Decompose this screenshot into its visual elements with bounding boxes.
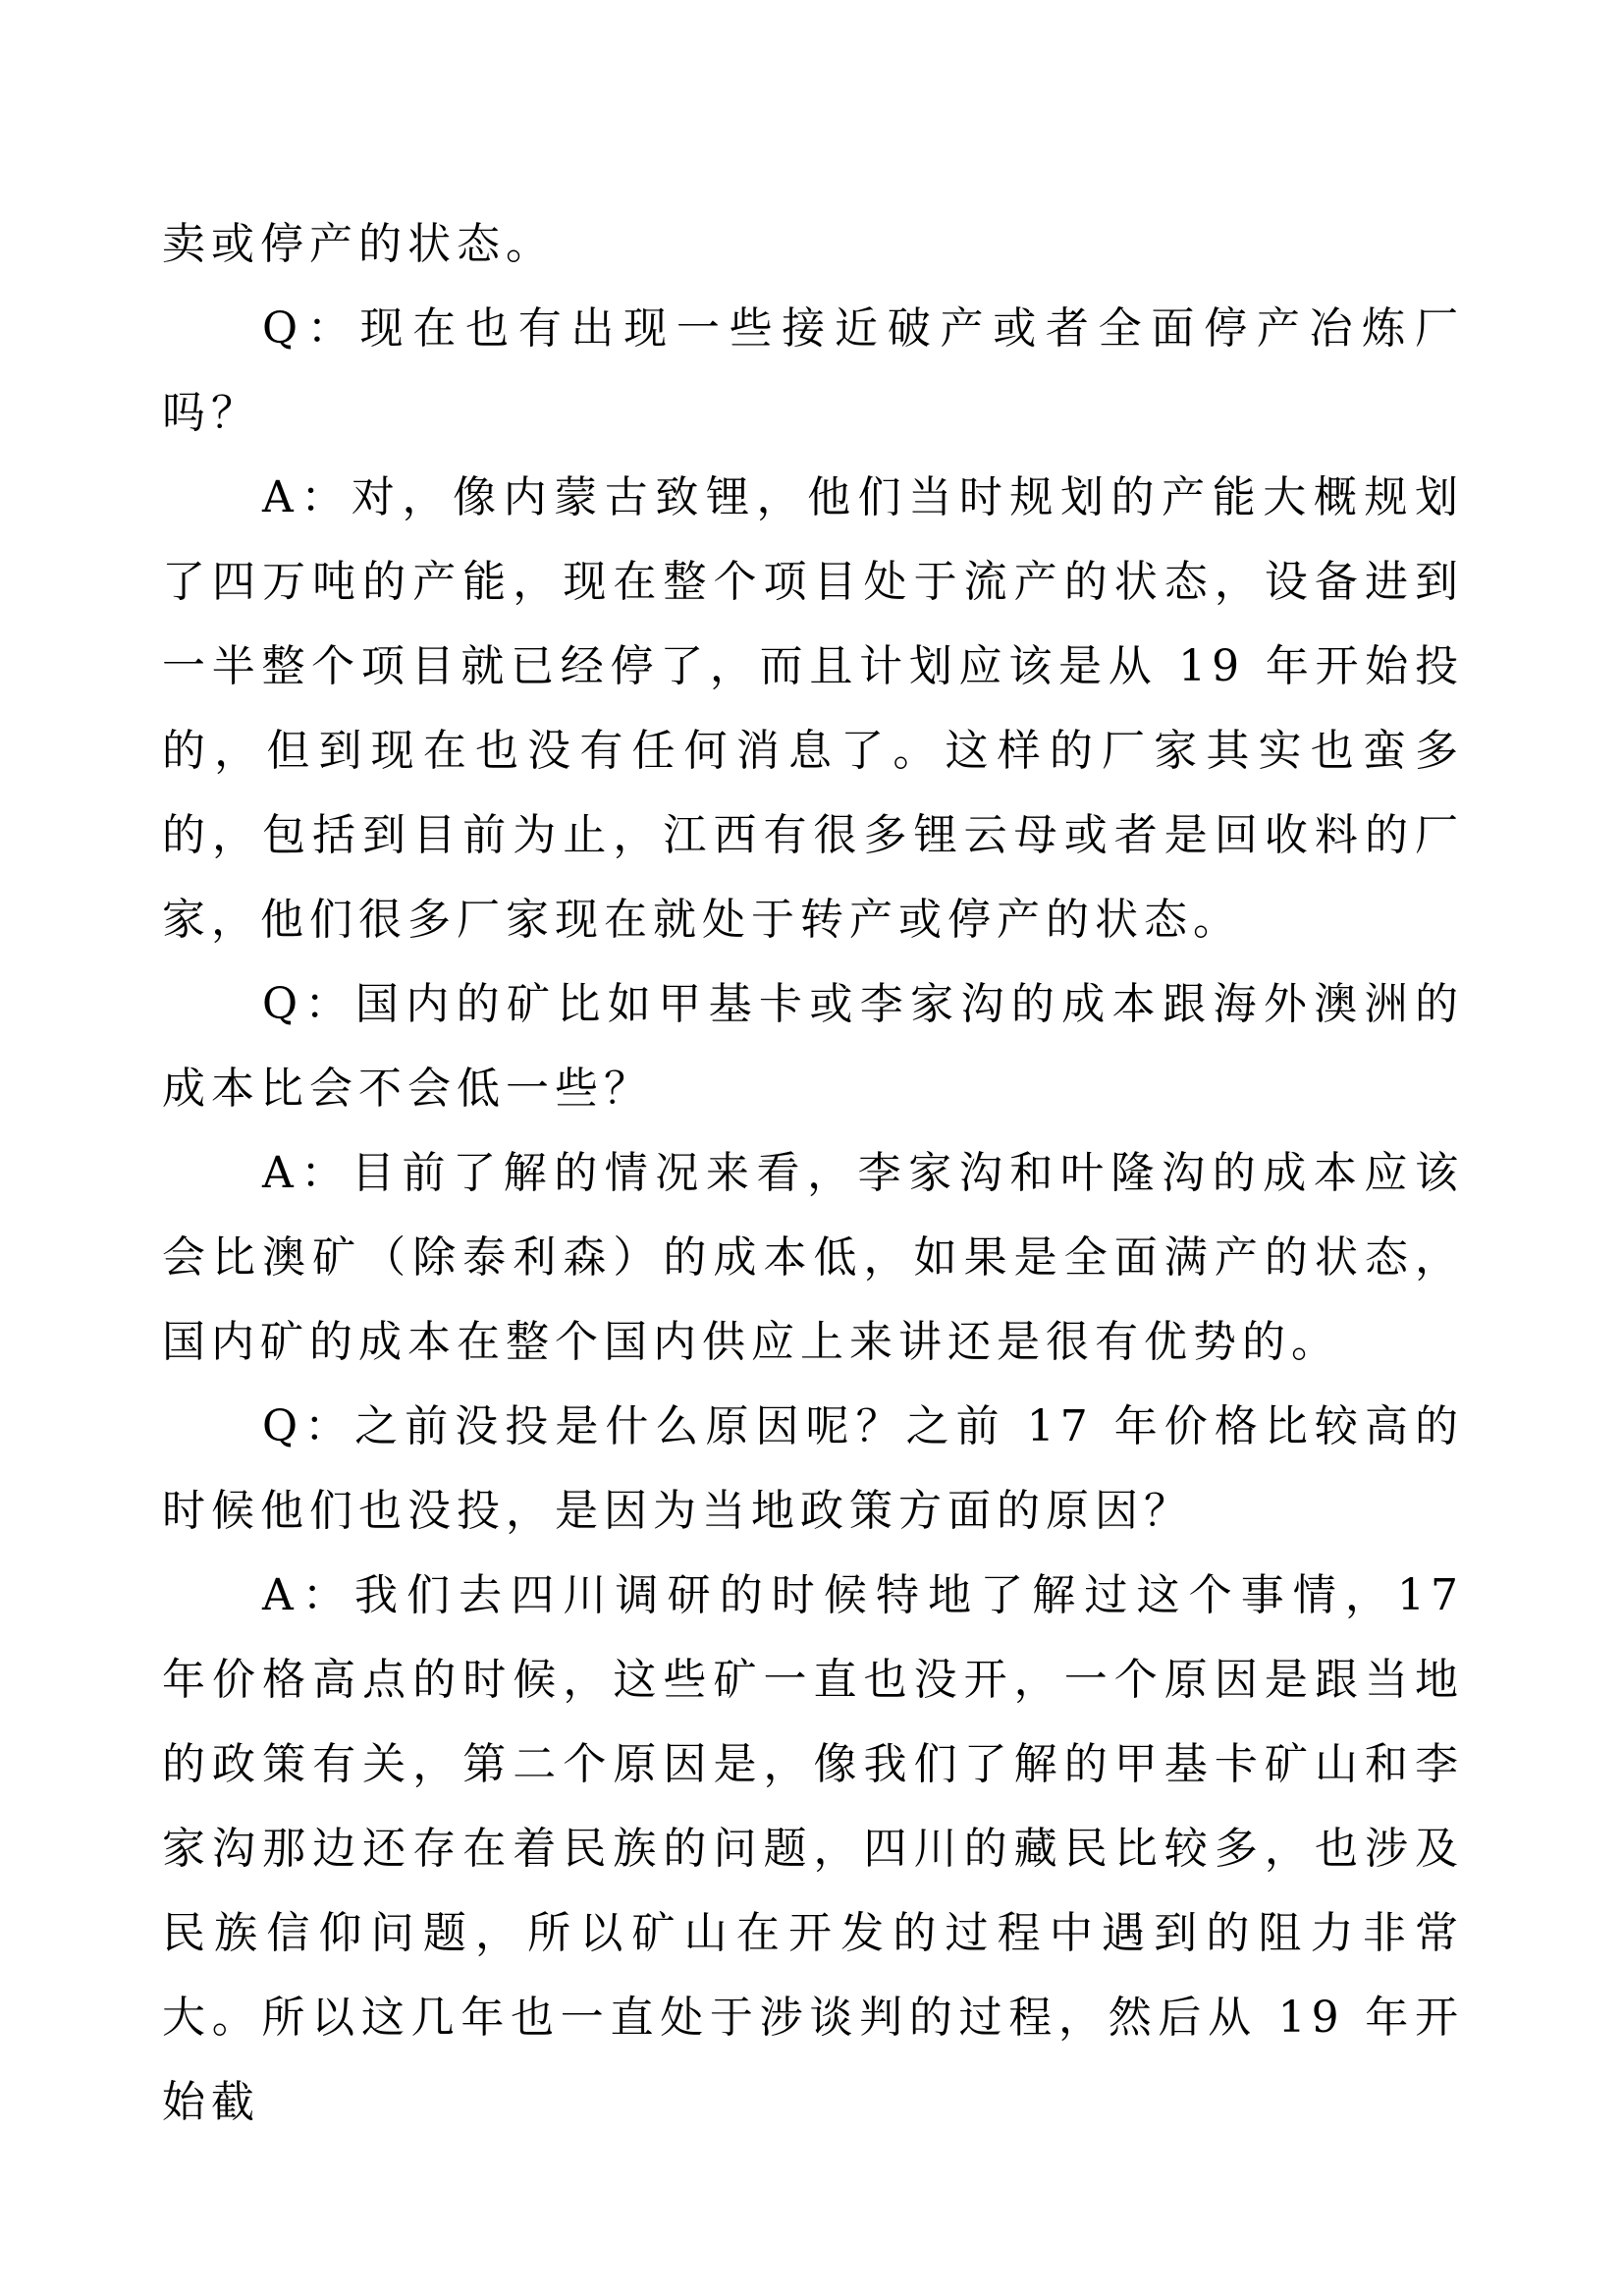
paragraph-question: Q：之前没投是什么原因呢？之前 17 年价格比较高的时候他们也没投，是因为当地政… — [162, 1385, 1464, 1554]
paragraph-question: Q：国内的矿比如甲基卡或李家沟的成本跟海外澳洲的成本比会不会低一些？ — [162, 962, 1464, 1131]
document-page: 卖或停产的状态。Q：现在也有出现一些接近破产或者全面停产冶炼厂吗？A：对，像内蒙… — [0, 0, 1623, 2296]
paragraph-answer: A：目前了解的情况来看，李家沟和叶隆沟的成本应该会比澳矿（除泰利森）的成本低，如… — [162, 1131, 1464, 1385]
paragraph-answer: A：对，像内蒙古致锂，他们当时规划的产能大概规划了四万吨的产能，现在整个项目处于… — [162, 456, 1464, 962]
paragraph-question: Q：现在也有出现一些接近破产或者全面停产冶炼厂吗？ — [162, 287, 1464, 456]
paragraph-answer-continuation: 卖或停产的状态。 — [162, 202, 1464, 287]
text-body: 卖或停产的状态。Q：现在也有出现一些接近破产或者全面停产冶炼厂吗？A：对，像内蒙… — [0, 0, 1623, 2145]
paragraph-answer: A：我们去四川调研的时候特地了解过这个事情，17 年价格高点的时候，这些矿一直也… — [162, 1554, 1464, 2145]
